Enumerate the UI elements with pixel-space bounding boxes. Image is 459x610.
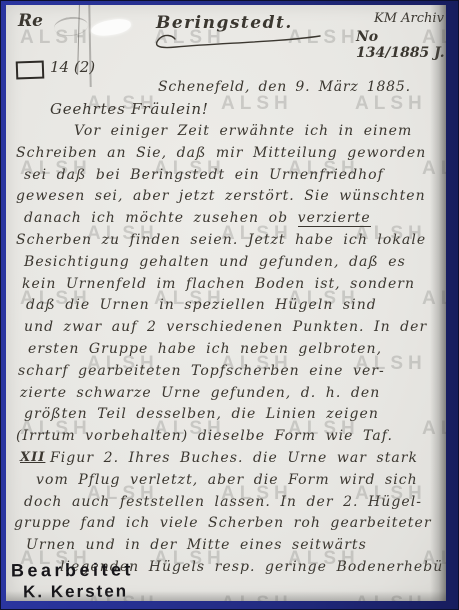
archive-note-line1: KM Archiv bbox=[374, 11, 444, 26]
title-flourish-icon bbox=[150, 33, 328, 55]
letter-page: ALSHALSHALSHALSHALSHALSHALSHALSHALSHALSH… bbox=[6, 5, 446, 601]
handwriting-line: zierte schwarze Urne gefunden, d. h. den bbox=[12, 385, 436, 407]
processed-stamp: Bearbeitet K. Kersten bbox=[11, 559, 134, 601]
alsh-watermark: ALSH bbox=[154, 27, 226, 49]
handwriting-line: XIIFigur 2. Ihres Buches. die Urne war s… bbox=[12, 450, 436, 472]
alsh-watermark: ALSH bbox=[154, 158, 226, 180]
alsh-watermark: ALSH bbox=[221, 223, 293, 245]
alsh-watermark: ALSH bbox=[87, 483, 159, 505]
pencil-scribble bbox=[53, 15, 89, 37]
alsh-watermark: ALSH bbox=[154, 548, 226, 570]
alsh-watermark: ALSH bbox=[288, 27, 360, 49]
alsh-watermark: ALSH bbox=[355, 593, 427, 601]
watermark-layer: ALSHALSHALSHALSHALSHALSHALSHALSHALSHALSH… bbox=[6, 5, 446, 601]
handwriting-line: (Irrtum vorbehalten) dieselbe Form wie T… bbox=[12, 428, 436, 450]
handwriting-line: Besichtigung gehalten und gefunden, daß … bbox=[12, 254, 436, 276]
alsh-watermark: ALSH bbox=[221, 593, 293, 601]
alsh-watermark: ALSH bbox=[288, 418, 360, 440]
fold-crease bbox=[77, 5, 80, 75]
alsh-watermark: ALSH bbox=[221, 353, 293, 375]
alsh-watermark: ALSH bbox=[20, 27, 92, 49]
alsh-watermark: ALSH bbox=[87, 593, 159, 601]
alsh-watermark: ALSH bbox=[20, 418, 92, 440]
dateline: Schenefeld, den 9. März 1885. bbox=[158, 79, 411, 95]
fold-crease bbox=[88, 5, 91, 87]
alsh-watermark: ALSH bbox=[422, 548, 446, 570]
alsh-watermark: ALSH bbox=[221, 483, 293, 505]
alsh-watermark: ALSH bbox=[221, 93, 293, 115]
alsh-watermark: ALSH bbox=[20, 158, 92, 180]
handwriting-line: vom Pflug verletzt, aber die Form wird s… bbox=[12, 472, 436, 494]
handwriting-line: danach ich möchte zusehen ob verzierte bbox=[12, 210, 436, 232]
stamp-line2: K. Kersten bbox=[23, 581, 134, 601]
corner-note: Re bbox=[18, 11, 43, 31]
alsh-watermark: ALSH bbox=[422, 158, 446, 180]
alsh-watermark: ALSH bbox=[288, 548, 360, 570]
handwriting-line: scharf gearbeiteten Topfscherben eine ve… bbox=[12, 363, 436, 385]
handwriting-line: größten Teil desselben, die Linien zeige… bbox=[12, 406, 436, 428]
stamp-line1: Bearbeitet bbox=[11, 559, 134, 581]
letter-title: Beringstedt. bbox=[156, 13, 293, 33]
alsh-watermark: ALSH bbox=[355, 223, 427, 245]
handwriting-line: Scherben zu finden seien. Jetzt habe ich… bbox=[12, 232, 436, 254]
handwriting-line: doch auch feststellen lassen. In der 2. … bbox=[12, 494, 436, 516]
handwriting-line: ersten Gruppe habe ich neben gelbroten, bbox=[12, 341, 436, 363]
handwriting-line: kein Urnenfeld im flachen Boden ist, son… bbox=[12, 276, 436, 298]
alsh-watermark: ALSH bbox=[422, 27, 446, 49]
alsh-watermark: ALSH bbox=[154, 288, 226, 310]
paper-damage-spot bbox=[90, 18, 132, 38]
scan-border: ALSHALSHALSHALSHALSHALSHALSHALSHALSHALSH… bbox=[0, 0, 459, 610]
alsh-watermark: ALSH bbox=[288, 158, 360, 180]
handwriting-line: liegenden Hügels resp. geringe Bodenerhe… bbox=[12, 559, 436, 581]
archive-note-line2: No 134/1885 J. bbox=[356, 29, 446, 61]
registry-box-icon bbox=[16, 61, 45, 80]
alsh-watermark: ALSH bbox=[422, 418, 446, 440]
alsh-watermark: ALSH bbox=[355, 483, 427, 505]
page-edge-shadow bbox=[430, 5, 446, 601]
handwriting-line: daß die Urnen in speziellen Hügeln sind bbox=[12, 297, 436, 319]
alsh-watermark: ALSH bbox=[87, 223, 159, 245]
alsh-watermark: ALSH bbox=[355, 93, 427, 115]
underlined-word: verzierte bbox=[298, 210, 371, 227]
handwriting-line: und zwar auf 2 verschiedenen Punkten. In… bbox=[12, 319, 436, 341]
handwriting-line: Vor einiger Zeit erwähnte ich in einem bbox=[12, 123, 436, 145]
handwriting-line: Urnen und in der Mitte eines seitwärts bbox=[12, 537, 436, 559]
alsh-watermark: ALSH bbox=[422, 288, 446, 310]
alsh-watermark: ALSH bbox=[288, 288, 360, 310]
registry-number: 14 (2) bbox=[50, 58, 95, 76]
salutation: Geehrtes Fräulein! bbox=[50, 100, 209, 118]
alsh-watermark: ALSH bbox=[20, 288, 92, 310]
body-lines: Vor einiger Zeit erwähnte ich in einemSc… bbox=[12, 123, 436, 593]
alsh-watermark: ALSH bbox=[87, 353, 159, 375]
margin-note: XII bbox=[20, 450, 45, 465]
alsh-watermark: ALSH bbox=[20, 548, 92, 570]
alsh-watermark: ALSH bbox=[87, 93, 159, 115]
alsh-watermark: ALSH bbox=[154, 418, 226, 440]
handwriting-line: gewesen sei, aber jetzt zerstört. Sie wü… bbox=[12, 188, 436, 210]
handwriting-line: gruppe fand ich viele Scherben roh gearb… bbox=[12, 515, 436, 537]
alsh-watermark: ALSH bbox=[355, 353, 427, 375]
handwriting-line: sei daß bei Beringstedt ein Urnenfriedho… bbox=[12, 167, 436, 189]
page-bottom-shadow bbox=[6, 591, 446, 601]
handwriting-line: Schreiben an Sie, daß mir Mitteilung gew… bbox=[12, 145, 436, 167]
